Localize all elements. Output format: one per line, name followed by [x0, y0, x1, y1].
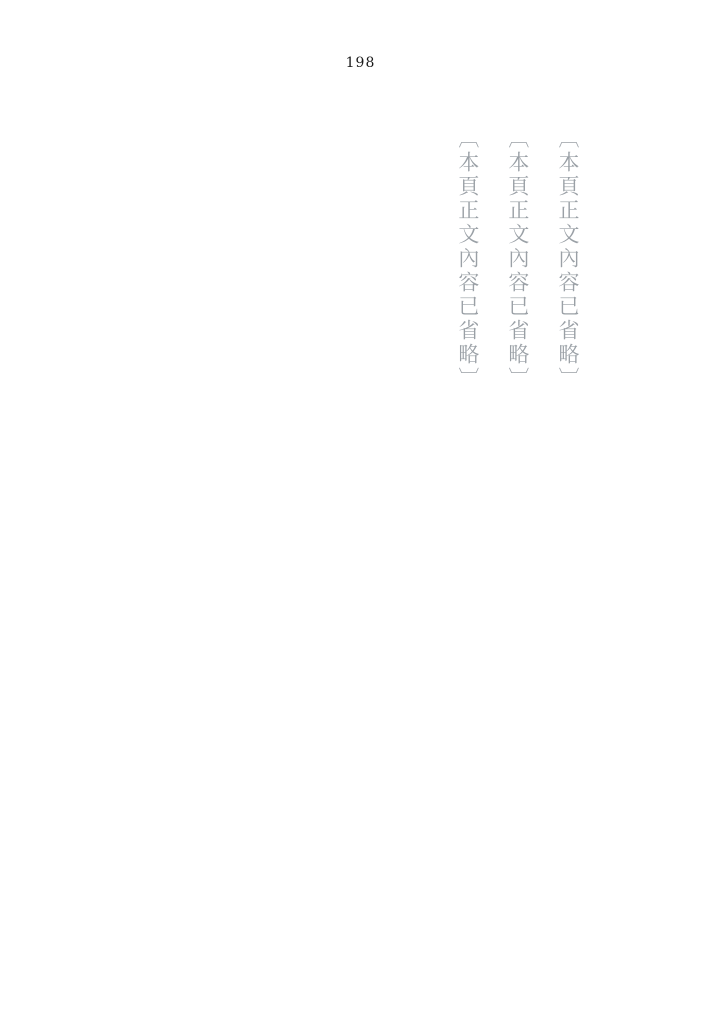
- book-page: 198 〔本頁正文內容已省略〕 〔本頁正文內容已省略〕 〔本頁正文內容已省略〕: [0, 0, 721, 1020]
- body-text: 〔本頁正文內容已省略〕 〔本頁正文內容已省略〕 〔本頁正文內容已省略〕: [170, 85, 596, 930]
- paragraph: 〔本頁正文內容已省略〕: [546, 85, 590, 930]
- paragraph: 〔本頁正文內容已省略〕: [496, 85, 540, 930]
- page-number: 198: [0, 55, 721, 71]
- paragraph: 〔本頁正文內容已省略〕: [446, 85, 490, 930]
